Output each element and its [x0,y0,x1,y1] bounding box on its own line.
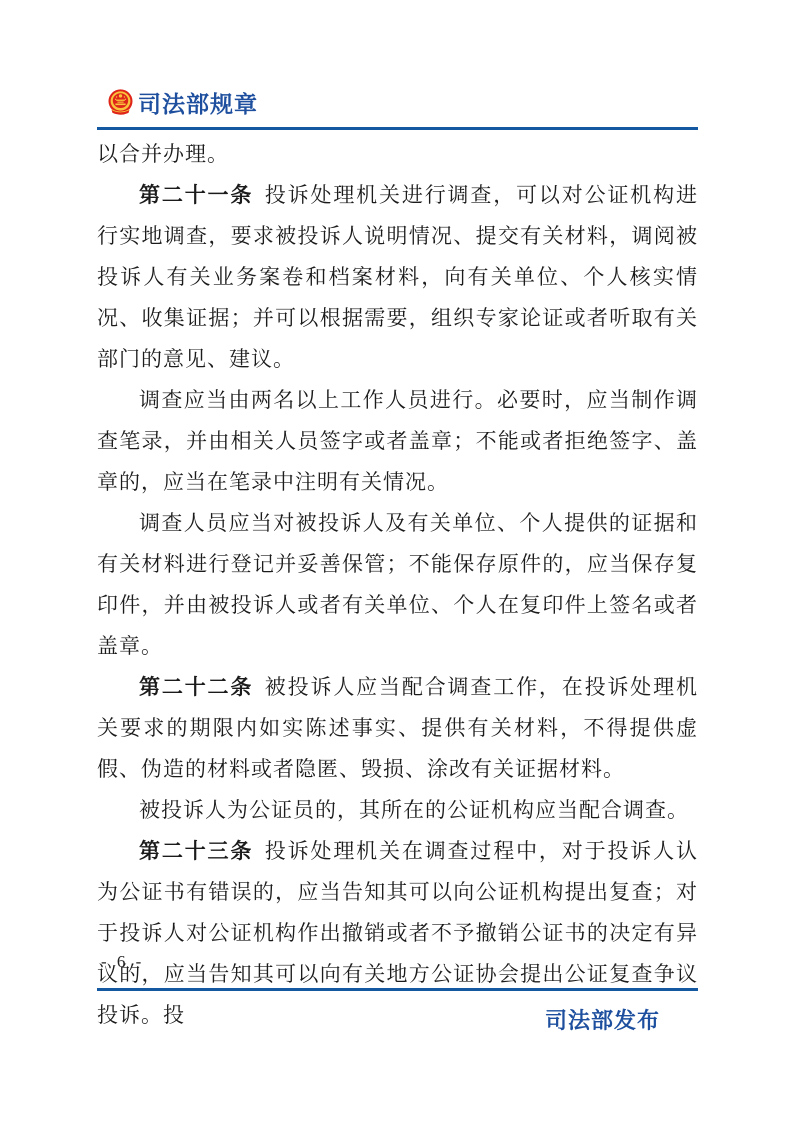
document-body: 以合并办理。 第二十一条投诉处理机关进行调查，可以对公证机构进行实地调查，要求被… [97,134,698,1036]
publisher-label: 司法部发布 [97,1004,660,1035]
footer-divider [97,988,698,991]
article-number: 第二十三条 [139,840,253,863]
page-title: 司法部规章 [138,86,258,119]
paragraph-text: 投诉处理机关在调查过程中，对于投诉人认为公证书有错误的，应当告知其可以向公证机构… [97,839,698,1027]
paragraph-text: 以合并办理。 [97,142,229,166]
paragraph-text: 调查人员应当对被投诉人及有关单位、个人提供的证据和有关材料进行登记并妥善保管；不… [97,511,698,658]
header-divider [97,127,698,130]
paragraph-article-22: 第二十二条被投诉人应当配合调查工作，在投诉处理机关要求的期限内如实陈述事实、提供… [97,667,698,790]
paragraph-text: 调查应当由两名以上工作人员进行。必要时，应当制作调查笔录，并由相关人员签字或者盖… [97,388,698,494]
article-number: 第二十一条 [139,184,253,207]
paragraph-notary-cooperate: 被投诉人为公证员的，其所在的公证机构应当配合调查。 [97,790,698,831]
paragraph-text: 投诉处理机关进行调查，可以对公证机构进行实地调查，要求被投诉人说明情况、提交有关… [97,183,698,371]
page-header: 司法部规章 [108,86,258,119]
paragraph-text: 被投诉人为公证员的，其所在的公证机构应当配合调查。 [139,798,689,822]
article-number: 第二十二条 [139,676,253,699]
paragraph-article-21: 第二十一条投诉处理机关进行调查，可以对公证机构进行实地调查，要求被投诉人说明情况… [97,175,698,380]
paragraph-evidence-keeping: 调查人员应当对被投诉人及有关单位、个人提供的证据和有关材料进行登记并妥善保管；不… [97,503,698,667]
paragraph-continuation: 以合并办理。 [97,134,698,175]
national-emblem-icon [108,89,133,116]
page-number: - 6 - [101,952,144,972]
paragraph-investigation-record: 调查应当由两名以上工作人员进行。必要时，应当制作调查笔录，并由相关人员签字或者盖… [97,380,698,503]
